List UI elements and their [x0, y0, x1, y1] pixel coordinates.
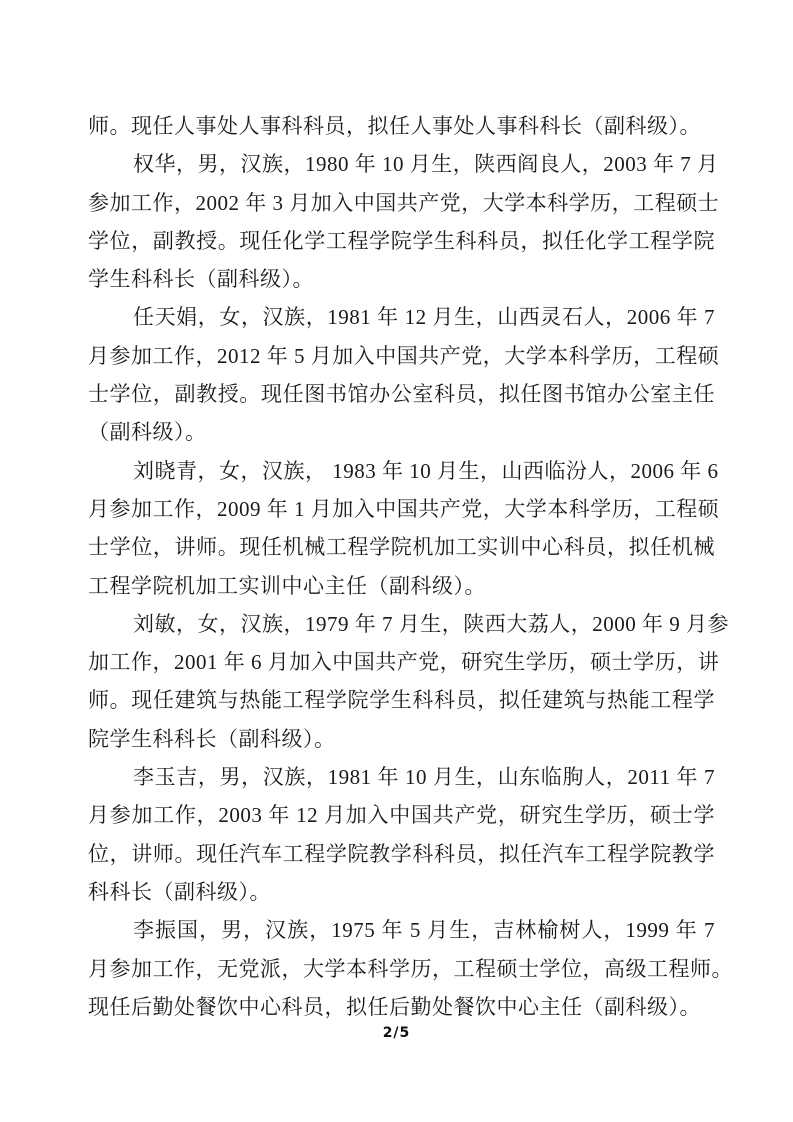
document-page: 师。现任人事处人事科科员，拟任人事处人事科科长（副科级）。权华，男，汉族，198…	[0, 0, 793, 1122]
text-line: 科科长（副科级）。	[88, 873, 715, 911]
text-line: 月参加工作，2003 年 12 月加入中国共产党，研究生学历，硕士学	[88, 796, 715, 834]
text-line: 士学位，讲师。现任机械工程学院机加工实训中心科员，拟任机械	[88, 528, 715, 566]
text-line: 工程学院机加工实训中心主任（副科级）。	[88, 567, 715, 605]
text-line: 师。现任建筑与热能工程学院学生科科员，拟任建筑与热能工程学	[88, 681, 715, 719]
paragraph: 李玉吉，男，汉族，1981 年 10 月生，山东临朐人，2011 年 7月参加工…	[88, 758, 715, 911]
text-line: 月参加工作，2009 年 1 月加入中国共产党，大学本科学历，工程硕	[88, 490, 715, 528]
text-line: （副科级）。	[88, 413, 715, 451]
text-line: 现任后勤处餐饮中心科员，拟任后勤处餐饮中心主任（副科级）。	[88, 988, 715, 1026]
text-line: 士学位，副教授。现任图书馆办公室科员，拟任图书馆办公室主任	[88, 375, 715, 413]
paragraph: 刘敏，女，汉族，1979 年 7 月生，陕西大荔人，2000 年 9 月参加工作…	[88, 605, 715, 758]
text-line: 任天娟，女，汉族，1981 年 12 月生，山西灵石人，2006 年 7	[88, 298, 715, 336]
page-footer: 2/5	[0, 1024, 793, 1042]
page-number: 2/5	[383, 1025, 411, 1041]
text-line: 院学生科科长（副科级）。	[88, 720, 715, 758]
text-line: 李玉吉，男，汉族，1981 年 10 月生，山东临朐人，2011 年 7	[88, 758, 715, 796]
text-line: 月参加工作，无党派，大学本科学历，工程硕士学位，高级工程师。	[88, 950, 715, 988]
paragraph: 刘晓青，女，汉族， 1983 年 10 月生，山西临汾人，2006 年 6月参加…	[88, 452, 715, 605]
paragraph: 权华，男，汉族，1980 年 10 月生，陕西阎良人，2003 年 7 月参加工…	[88, 145, 715, 298]
text-block: 师。现任人事处人事科科员，拟任人事处人事科科长（副科级）。权华，男，汉族，198…	[88, 107, 715, 1026]
text-line: 月参加工作，2012 年 5 月加入中国共产党，大学本科学历，工程硕	[88, 337, 715, 375]
text-line: 学生科科长（副科级）。	[88, 260, 715, 298]
text-line: 权华，男，汉族，1980 年 10 月生，陕西阎良人，2003 年 7 月	[88, 145, 715, 183]
paragraph: 师。现任人事处人事科科员，拟任人事处人事科科长（副科级）。	[88, 107, 715, 145]
text-line: 师。现任人事处人事科科员，拟任人事处人事科科长（副科级）。	[88, 107, 715, 145]
paragraph: 李振国，男，汉族，1975 年 5 月生，吉林榆树人，1999 年 7月参加工作…	[88, 911, 715, 1026]
text-line: 刘晓青，女，汉族， 1983 年 10 月生，山西临汾人，2006 年 6	[88, 452, 715, 490]
text-line: 学位，副教授。现任化学工程学院学生科科员，拟任化学工程学院	[88, 222, 715, 260]
text-line: 刘敏，女，汉族，1979 年 7 月生，陕西大荔人，2000 年 9 月参	[88, 605, 715, 643]
text-line: 加工作，2001 年 6 月加入中国共产党，研究生学历，硕士学历，讲	[88, 643, 715, 681]
paragraph: 任天娟，女，汉族，1981 年 12 月生，山西灵石人，2006 年 7月参加工…	[88, 298, 715, 451]
text-line: 位，讲师。现任汽车工程学院教学科科员，拟任汽车工程学院教学	[88, 835, 715, 873]
text-line: 李振国，男，汉族，1975 年 5 月生，吉林榆树人，1999 年 7	[88, 911, 715, 949]
text-line: 参加工作，2002 年 3 月加入中国共产党，大学本科学历，工程硕士	[88, 184, 715, 222]
